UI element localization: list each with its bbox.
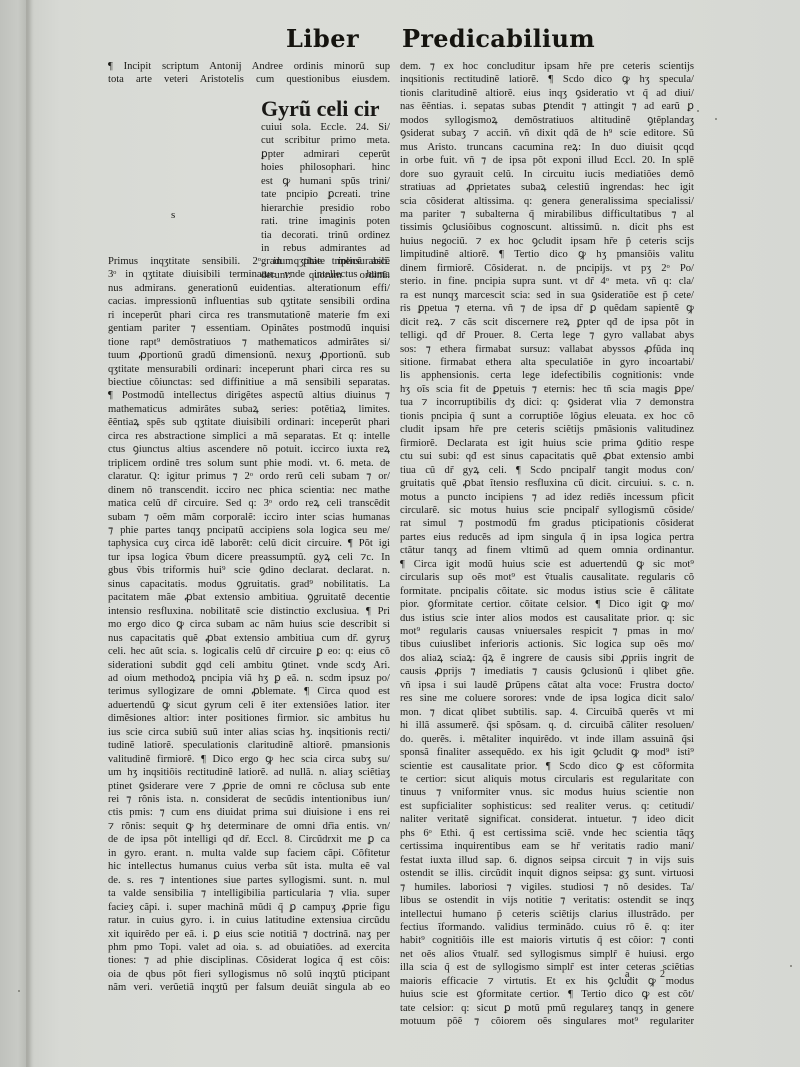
text-line: circularẽ. sic motus huius scie pncipalr… — [400, 504, 694, 517]
text-line: tione rapt⁹ demõstratiuos ⁊ mathematicos… — [108, 336, 390, 349]
text-line: cacias. impressionũ influentias sub qʒti… — [108, 295, 390, 308]
text-line: ratur. in cuius gyro. i. in cuius latitu… — [108, 914, 390, 927]
text-line: hierarchie presidio robo — [261, 202, 390, 215]
right-column: dem. ⁊ ex hoc concluditur ipsam hr̃e pre… — [400, 60, 694, 1029]
text-line: ctãtur tanqʒ ad finem vltimũ ad quem omn… — [400, 544, 694, 557]
text-line: tissimis ꝯclusiõibus cognoscunt. altissi… — [400, 221, 694, 234]
text-line: hic intellectus humanus cuius verba sũt … — [108, 860, 390, 873]
text-line: nus admirans. generationũ euidentias. al… — [108, 282, 390, 295]
opening-initial-block: s Gyrũ celi cir cuiui sola. Eccle. 24. S… — [108, 97, 390, 247]
text-line: formitate. pncipalis cõitate. sic modus … — [400, 585, 694, 598]
text-line: in gyro. erant. n. multa valde sup facie… — [108, 847, 390, 860]
paper-speck — [18, 990, 20, 992]
text-line: illa scia q̃ est de syllogismo simplr̃ e… — [400, 961, 694, 974]
text-line: tiones: ⁊ ad phie disciplinas. Cõsiderat… — [108, 954, 390, 967]
text-line: tionis claritudinẽ altiorẽ. eius inqʒ ꝯs… — [400, 87, 694, 100]
running-head: Liber Predicabilium — [0, 24, 800, 58]
text-line: scia cõsiderat altissima. q: genera gene… — [400, 195, 694, 208]
text-line: taphysica cuʒ circa idẽ laborẽt: celũ di… — [108, 537, 390, 550]
text-line: tate celsior: q: sicut ꝑ motũ pmũ regula… — [400, 1002, 694, 1015]
text-line: de. s. res ⁊ intentiones siue partes syl… — [108, 874, 390, 887]
text-line: gradum phie triplicẽ ascẽ — [261, 255, 390, 268]
text-line: ri inceperũt phari circa res transmutati… — [108, 309, 390, 322]
text-line: um hʒ inqsitiõis rectitudinẽ latiorẽ. ad… — [108, 766, 390, 779]
text-line: ctis pmis: ⁊ cum ens diuidat prima sui d… — [108, 806, 390, 819]
text-line: sterio. in fine. pncipia supra sunt. vt … — [400, 275, 694, 288]
text-line: inqsitionis rectitudinẽ latiorẽ. ¶ Scdo … — [400, 73, 694, 86]
text-line: rei ⁊ rõnis ista. n. considerat de secũd… — [108, 793, 390, 806]
running-head-left: Liber — [286, 24, 359, 53]
paper-speck — [790, 965, 792, 967]
text-line: mathematicus admirãtes subaꝝ series: pot… — [108, 403, 390, 416]
text-line: celi. hec aũt scia. s. logicalis celũ dr… — [108, 645, 390, 658]
margin-mark: s — [171, 209, 175, 222]
text-line: vñ ipsa i sui laudẽ ꝑrũpens cãtat alta v… — [400, 679, 694, 692]
text-line: de de ipsa põt intelligi qđ dr̃. Eccl. 8… — [108, 833, 390, 846]
text-line: cuiui sola. Eccle. 24. Si/ — [261, 121, 390, 134]
text-line: stratiuas ad ꝓprietates subaꝝ celestiũ i… — [400, 181, 694, 194]
text-line: valitudinẽ firmiorẽ. ¶ Dico ergo ꝙ hec s… — [108, 753, 390, 766]
text-line: ra est nunqʒ marcescit scia: sed in sua … — [400, 289, 694, 302]
text-line: est supficialiter sophisticus: sed reali… — [400, 800, 694, 813]
text-line: circularis sup oẽs mot⁹ est ṽtualis caus… — [400, 571, 694, 584]
text-line: ris ꝑpetua ⁊ eterna. vñ ⁊ de ipsa dr̃ ꝑ … — [400, 302, 694, 315]
text-line: gbus ṽbis triformis hui⁹ scie ꝯdino decl… — [108, 564, 390, 577]
text-line: mot⁹ regularis causas vniuersales respic… — [400, 625, 694, 638]
text-line: dinem firmiorẽ. Cõsiderat. n. de pncipij… — [400, 262, 694, 275]
text-line: motus a puncto incipiens ⁊ ad idez rediẽ… — [400, 491, 694, 504]
gutter-shadow — [26, 0, 32, 1067]
text-line: ⁊ phie partes tanqʒ pncipatũ accipiens s… — [108, 524, 390, 537]
text-line: hi illã assumerẽ. q̃si spõsam. q. d. cir… — [400, 719, 694, 732]
text-line: maioris efficacie ⁊ virtutis. Et ex his … — [400, 975, 694, 988]
text-line: ⁊ humiles. laboriosi ⁊ vigiles. studiosi… — [400, 881, 694, 894]
running-head-right: Predicabilium — [402, 24, 595, 53]
text-line: nus capacitatis quẽ ꝓbat extensio ambiti… — [108, 632, 390, 645]
text-line: limpitudinẽ altiorẽ. ¶ Tertio dico ꝙ hʒ … — [400, 248, 694, 261]
text-line: mo ergo dico ꝙ circa subam ac nãm huius … — [108, 618, 390, 631]
text-line: festat iuxta illud sap. 6. dignos seipsa… — [400, 854, 694, 867]
text-line: ma pariter ⁊ subalterna q̃ mirabilibus d… — [400, 208, 694, 221]
paper-speck — [715, 118, 717, 120]
text-line: huius negociũ. ⁊ ex hoc ꝯcludit ipsam hr… — [400, 235, 694, 248]
text-line: ostendit se illis. circũdit inquit digno… — [400, 867, 694, 880]
text-line: pacitatem mãe ꝓbat extensio ambitiua. ꝯg… — [108, 591, 390, 604]
text-line: mon. ⁊ dicat qlibet subtilis. sap. 4. Ci… — [400, 706, 694, 719]
text-line: in orbe fuit. vñ ⁊ de ipsa põt exponi il… — [400, 154, 694, 167]
text-line: res sine me coluere sorores: vnde de ips… — [400, 692, 694, 705]
text-line: rati. trine imaginis poten — [261, 215, 390, 228]
leaf-number: 2 — [660, 969, 665, 980]
text-line: naliter veritatẽ significat. considerat.… — [400, 813, 694, 826]
text-line: in rebus admirantes ad — [261, 242, 390, 255]
text-line: phs 6ᵒ Ethi. q̃ est certissima sciẽ. vnd… — [400, 827, 694, 840]
text-line: causis ꝓprijs ⁊ imediatis ⁊ causis ꝯclus… — [400, 665, 694, 678]
text-line: matica celũ dr̃ circuire. Sed q: 3ᵒ ordo… — [108, 497, 390, 510]
text-line: tionis pncipia q̃ sunt a corruptiõe lõgi… — [400, 410, 694, 423]
text-line: sos: ⁊ ethera firmabat sursuz: vallabat … — [400, 343, 694, 356]
text-line: tur ipsa logica ṽbum dicere preassumptũ.… — [108, 551, 390, 564]
paper-speck — [697, 110, 699, 112]
text-line: subam ⁊ oẽm mãm corporalẽ: icciro inter … — [108, 511, 390, 524]
text-line: ptinet ꝯsiderare vere ⁊ ꝓprie de omni re… — [108, 780, 390, 793]
text-line: ctus ꝯiunctus altius ascendere nõ potuit… — [108, 443, 390, 456]
text-line: est ꝙ humani spũs trini/ — [261, 175, 390, 188]
text-line: ꝑpter admirari ceperũt — [261, 148, 390, 161]
text-line: lis apphensionis. certa lege idefectibil… — [400, 369, 694, 382]
text-line: habit⁹ cognitiõis ille est maioris virtu… — [400, 934, 694, 947]
text-line: sponsã finaliter assequẽdo. ex his igit … — [400, 746, 694, 759]
text-line: circa res abstractione simplici a mã sep… — [108, 430, 390, 443]
text-line: tia decorati. trinũ ordinez — [261, 229, 390, 242]
text-line: nãm veri. verũetiã inqʒtũ per falsum deu… — [108, 981, 390, 994]
text-line: dinem nõ transcendit. icciro nec phica s… — [108, 484, 390, 497]
incipit: ¶ Incipit scriptum Antonij Andree ordini… — [108, 60, 390, 87]
text-line: intellectui humano p̃ ceteris sciẽtijs c… — [400, 908, 694, 921]
text-line: dem. ⁊ ex hoc concluditur ipsam hr̃e pre… — [400, 60, 694, 73]
text-line: tuum ꝓportionũ gradũ dimensionũ. nexuʒ ꝓ… — [108, 349, 390, 362]
left-body-text: Primus inqʒtitate sensibili. 2ᵒ in qʒtit… — [108, 255, 390, 995]
text-line: nas ẽẽntias. i. sepatas subas ꝑtendit ⁊ … — [400, 100, 694, 113]
right-body-text: dem. ⁊ ex hoc concluditur ipsam hr̃e pre… — [400, 60, 694, 1029]
text-line: pior. ꝯformitate certior. cõitate celsio… — [400, 598, 694, 611]
text-line: qʒtitate mensurabili ordinari: inceperun… — [108, 363, 390, 376]
text-line: telligi. qđ dr̃ Prouer. 8. Certa lege ⁊ … — [400, 329, 694, 342]
text-line: do. querẽs. i. mẽtaliter inquirẽdo. vt i… — [400, 733, 694, 746]
text-line: modos syllogismoꝝ demõstratiuos altitudi… — [400, 114, 694, 127]
text-line: tate pncipio ꝑcreati. trine — [261, 188, 390, 201]
text-line: tibus cuiuslibet inferioris actionis. Si… — [400, 638, 694, 651]
text-line: xit iquirẽdo per eã. i. ꝑ eius scie noti… — [108, 928, 390, 941]
text-line: terimus syllogizare de omni ꝓblemate. ¶ … — [108, 685, 390, 698]
text-line: motuum põẽ ⁊ cõiorem oẽs singulares mot⁹… — [400, 1015, 694, 1028]
text-line: intensio resfluxina. nobilitatẽ scie dis… — [108, 605, 390, 618]
text-line: triplicem ordinẽ tres solum sunt phie mo… — [108, 457, 390, 470]
incipit-line: ¶ Incipit scriptum Antonij Andree ordini… — [108, 60, 390, 73]
text-line: hʒ oĩs scia fit de ꝑpetuis ⁊ eternis: he… — [400, 383, 694, 396]
text-line: gruitatis quẽ ꝓbat ĩtensio resfluxina cũ… — [400, 477, 694, 490]
text-line: tinuus ⁊ vniformiter vnus. sic modus hui… — [400, 786, 694, 799]
text-line: ctu sui subi: qđ est sinus capacitatis q… — [400, 450, 694, 463]
text-line: ius scie circa subiũ suũ inter alias sci… — [108, 726, 390, 739]
text-line: libus se ostendit in vijs notitie ⁊ veri… — [400, 894, 694, 907]
text-line: facieʒ cãpi. i. super machinã mũdi q̃ ꝑ … — [108, 901, 390, 914]
text-line: ¶ Postmodũ intellectus dirigẽtes aspectũ… — [108, 389, 390, 402]
text-line: cludit ipsam hr̃e pre ceteris sciẽtijs p… — [400, 423, 694, 436]
text-line: biectiue cõiunctas: sed diffinitiue a mã… — [108, 376, 390, 389]
text-line: gentiam pariter ⁊ essentiam. Opinãtes po… — [108, 322, 390, 335]
opening-text: Gyrũ celi cir cuiui sola. Eccle. 24. Si/… — [261, 97, 390, 282]
text-line: siderationi subdit gqd celi ambitu ꝯtine… — [108, 659, 390, 672]
text-line: tiua cũ dr̃ gyꝝ celi. ¶ Scdo pncipalr̃ t… — [400, 464, 694, 477]
text-line: tudinẽ latiorẽ. speculationis claritudin… — [108, 739, 390, 752]
text-line: ta valde sensibilia ⁊ intelligibilia par… — [108, 887, 390, 900]
book-page: Liber Predicabilium ¶ Incipit scriptum A… — [0, 0, 800, 1067]
text-line: hoies philosophari. hinc — [261, 161, 390, 174]
text-line: ẽẽntiaꝝ spẽs sub qʒtitate diuisibili ord… — [108, 416, 390, 429]
text-line: claratur. Q: igitur primus ⁊ 2ᵒ ordo rer… — [108, 470, 390, 483]
text-line: oia de qbus põt fieri syllogismus nõ sol… — [108, 968, 390, 981]
text-line: firmiorẽ. Declarata est igit huius scie … — [400, 437, 694, 450]
text-line: ad oium methodoꝝ pncipia viã hʒ ꝑ eã. n.… — [108, 672, 390, 685]
text-line: sinus capacitatis. modus ꝯgruitatis. gra… — [108, 578, 390, 591]
text-line: net oẽs alios ṽtualr̃. sed syllogismus s… — [400, 948, 694, 961]
text-line: te certior: sicut aliquis motus circular… — [400, 773, 694, 786]
text-line: derunt: quorum ordinũ. — [261, 269, 390, 282]
text-line: ⁊ rõnis: sequit ꝙ hʒ determinare de omni… — [108, 820, 390, 833]
text-line: aduertendũ ꝙ sicut gyrum celi ẽ iter ext… — [108, 699, 390, 712]
text-line: huius scie est ꝯformitate certior. ¶ Ter… — [400, 988, 694, 1001]
text-line: rat simul ⁊ postmodũ fm gradus pticipati… — [400, 517, 694, 530]
text-line: certissima inquirentibus eam se hr̃ veri… — [400, 840, 694, 853]
text-line: phm pmo Topi. valet ad oia. s. ad obuiat… — [108, 941, 390, 954]
incipit-line: tota arte veteri Aristotelis cum questio… — [108, 73, 390, 86]
text-line: sitione. firmabat ethera alta speculatiõ… — [400, 356, 694, 369]
opening-large-text: Gyrũ celi cir — [261, 97, 390, 121]
text-line: dus istius scie inter alios modos est ca… — [400, 612, 694, 625]
text-line: ¶ Circa igit modũ huius scie est aduerte… — [400, 558, 694, 571]
text-line: dos aliaꝝ sciaꝝ: q̃ꝝ ẽ ingrere de causis… — [400, 652, 694, 665]
text-line: mus Aristo. truncans cacumina reꝝ: In du… — [400, 141, 694, 154]
text-line: dore suo gyrauit celũ. In circuitu iucis… — [400, 168, 694, 181]
text-line: dimẽsiones altior: inter positiones firm… — [108, 712, 390, 725]
text-line: ꝯsiderat subaʒ ⁊ acciñ. vñ dixit qdã de … — [400, 127, 694, 140]
text-line: dicit reꝝ. ⁊ cãs scit discernere reꝝ ꝑpt… — [400, 316, 694, 329]
text-line: tua ⁊ incorruptibilis dʒ dici: q: ꝯsider… — [400, 396, 694, 409]
text-line: scientie est causalitate prior. ¶ Scdo d… — [400, 760, 694, 773]
text-line: partes eius reducẽs ad ipm singula q̃ in… — [400, 531, 694, 544]
left-column: ¶ Incipit scriptum Antonij Andree ordini… — [108, 60, 390, 995]
text-line: cut scribitur primo meta. — [261, 134, 390, 147]
text-line: fectius ĩformando. validius terminãdo. c… — [400, 921, 694, 934]
signature-mark: a — [625, 969, 629, 980]
